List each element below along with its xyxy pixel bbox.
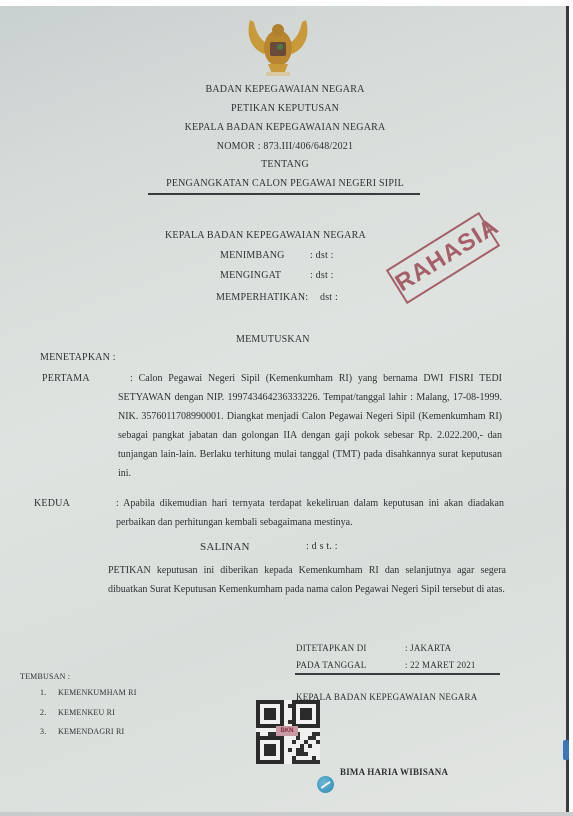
tembusan-num-2: 2. [40, 708, 46, 717]
tembusan-title: TEMBUSAN : [20, 672, 70, 681]
header-nomor: NOMOR : 873.III/406/648/2021 [160, 141, 410, 152]
pertama-text: : Calon Pegawai Negeri Sipil (Kemenkumha… [118, 369, 502, 483]
edge-mark [563, 740, 569, 760]
mengingat-value: : dst : [310, 270, 334, 281]
menimbang-label: MENIMBANG [220, 250, 285, 261]
mengingat-label: MENGINGAT [220, 270, 281, 281]
header-subject: PENGANGKATAN CALON PEGAWAI NEGERI SIPIL [140, 178, 430, 189]
header-underline [148, 193, 420, 195]
signatory-name: BIMA HARIA WIBISANA [340, 767, 448, 777]
tembusan-item-1: KEMENKUMHAM RI [58, 688, 137, 697]
header-agency: BADAN KEPEGAWAIAN NEGARA [160, 84, 410, 95]
tanggal-label: PADA TANGGAL [296, 660, 366, 670]
tembusan-item-2: KEMENKEU RI [58, 708, 115, 717]
decision-title: MEMUTUSKAN [236, 334, 310, 345]
salinan-value: : d s t. : [306, 541, 338, 552]
kedua-label: KEDUA [34, 498, 70, 509]
tembusan-num-1: 1. [40, 688, 46, 697]
ditetapkan-label: DITETAPKAN DI [296, 643, 367, 653]
bkn-logo: BKN [276, 726, 298, 736]
petikan-text: PETIKAN keputusan ini diberikan kepada K… [108, 561, 506, 599]
memperhatikan-label: MEMPERHATIKAN: [216, 292, 308, 303]
photo-edge [0, 812, 573, 816]
kedua-text: : Apabila dikemudian hari ternyata terda… [116, 494, 504, 532]
garuda-emblem-icon [242, 14, 314, 80]
ditetapkan-value: : JAKARTA [405, 643, 451, 653]
memperhatikan-value: dst : [320, 292, 338, 303]
authority-title: KEPALA BADAN KEPEGAWAIAN NEGARA [165, 230, 366, 241]
signatory-title: KEPALA BADAN KEPEGAWAIAN NEGARA [296, 692, 477, 702]
menimbang-value: : dst : [310, 250, 334, 261]
digital-seal-icon [317, 776, 334, 793]
menetapkan-label: MENETAPKAN : [40, 352, 116, 363]
tanggal-value: : 22 MARET 2021 [405, 660, 476, 670]
pertama-label: PERTAMA [42, 373, 90, 384]
header-kepala: KEPALA BADAN KEPEGAWAIAN NEGARA [140, 122, 430, 133]
tembusan-item-3: KEMENDAGRI RI [58, 727, 124, 736]
salinan-label: SALINAN [200, 541, 250, 553]
header-tentang: TENTANG [160, 159, 410, 170]
header-petikan: PETIKAN KEPUTUSAN [160, 103, 410, 114]
tembusan-num-3: 3. [40, 727, 46, 736]
date-underline [295, 673, 500, 675]
